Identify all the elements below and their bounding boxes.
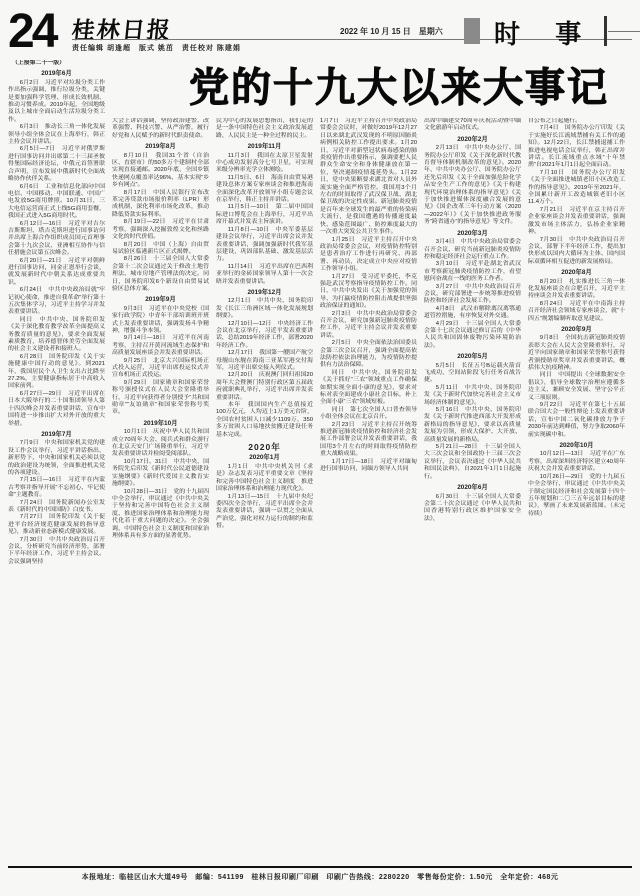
text-column-1: （上接第二十一版）2019年6月6月2日 习近平对垃圾分类工作作出指示强调，推行…: [8, 60, 105, 860]
article-paragraph: 3月27日 中共中央政治局召开会议，研究部署进一步统筹推进疫情防控和经济社会发展…: [424, 284, 521, 306]
newspaper-logo: 桂林日报: [70, 12, 173, 45]
article-paragraph: 12月20日 庆祝澳门回归祖国20周年大会暨澳门特别行政区第五届政府就职典礼举行…: [216, 372, 313, 402]
newspaper-page: 24 桂林日报 责任编辑 胡逢超 版式 姚茁 责任校对 陈建娟 2022 年 1…: [0, 0, 640, 896]
text-column-3: 民为中心的发展思想指出，我们走的是一条中国特色社会主义政治发展道路，人民民主是一…: [216, 118, 313, 860]
article-paragraph: 8月24日 习近平在中南海主持召开经济社会领域专家座谈会，就“十四五”规划编制听…: [528, 301, 625, 323]
article-paragraph: 同日 中共中央、国务院印发《关于深化教育教学改革全面提高义务教育质量的意见》，要…: [8, 317, 105, 354]
article-paragraph: 6月3日 推动长三角一体化发展领导小组全体会议在上海举行，韩正主持会议并讲话。: [8, 124, 105, 146]
article-paragraph: 3月10日 习近平赴湖北省武汉市考察新冠肺炎疫情防控工作，看望慰问奋战在一线的医…: [424, 261, 521, 283]
article-paragraph: 10月12日—13日 习近平在广东考察，出席深圳经济特区建立40周年庆祝大会并发…: [528, 451, 625, 473]
article-paragraph: 1月13日—15日 十九届中央纪委四次全会举行，习近平出席全会并发表重要讲话，强…: [216, 494, 313, 531]
article-paragraph: 本年 我国国内生产总值接近100万亿元，人均迈上1万美元台阶，全国农村贫困人口减…: [216, 402, 313, 439]
article-paragraph: 8月20日 中国（上海）自由贸易试验区临港新片区正式揭牌。: [112, 242, 209, 257]
article-paragraph: 7月30日 中共中央政治局召开会议，部署下半年经济工作，提出加快形成以国内大循环…: [528, 237, 625, 267]
article-paragraph: 9月8日 全国抗击新冠肺炎疫情表彰大会在人民大会堂隆重举行，习近平向国家勋章和国…: [528, 335, 625, 372]
article-paragraph: 3月4日 中共中央政治局常委会召开会议，研究当前新冠肺炎疫情防控和稳定经济社会运…: [424, 239, 521, 261]
main-headline: 党的十九大以来大事记: [166, 56, 632, 112]
article-paragraph: 8月17日 中国人民银行宣布改革完善贷款市场报价利率（LPR）形成机制，深化利率…: [112, 190, 209, 220]
article-paragraph: 2月3日 中共中央政治局常委会召开会议，研究加强新冠肺炎疫情防控工作，习近平主持…: [320, 311, 417, 341]
text-column-6: 自公布之日起施行。7月4日 国务院办公厅印发《关于实施好长江流域禁捕有关工作的通…: [528, 118, 625, 860]
section-header: 2020年: [216, 444, 313, 451]
article-paragraph: 同日 第七次全国人口普查领导小组全体会议在北京召开。: [320, 407, 417, 422]
text-column-2: 大会上讲话强调，坚持政治建警、改革强警、科技兴警、从严治警，履行好党和人民赋予的…: [112, 118, 209, 860]
section-divider-bar: [604, 16, 607, 46]
article-paragraph: 11月14日 习近平出席在巴西利亚举行的金砖国家领导人第十一次会晤并发表重要讲话…: [216, 264, 313, 286]
article-paragraph: 7月30日 中共中央政治局召开会议，分析研究当前经济形势，部署下半年经济工作，习…: [8, 537, 105, 567]
article-paragraph: 6月5日—7日 习近平对俄罗斯进行国事访问并出席第二十三届圣彼得堡国际经济论坛，…: [8, 146, 105, 183]
article-paragraph: 5月21日—28日 十三届全国人大三次会议和全国政协十三届三次会议举行，会议表决…: [424, 444, 521, 481]
article-paragraph: 1月17日—18日 习近平对缅甸进行国事访问，同缅方领导人共同: [320, 459, 417, 474]
section-header: 2020年1月: [216, 454, 313, 461]
article-paragraph: 7月9日 中央和国家机关党的建设工作会议举行，习近平讲话指出，新形势下，中央和国…: [8, 440, 105, 477]
text-column-4: 1月7日 习近平主持召开中央政治局常委会会议时，对做好2019年12月27日以来…: [320, 118, 417, 860]
footer-rule: [8, 866, 632, 868]
article-paragraph: 6月12日—16日 习近平对吉尔吉斯斯坦、塔吉克斯坦进行国事访问并出席上海合作组…: [8, 221, 105, 258]
section-header: 2020年10月: [528, 442, 625, 449]
article-paragraph: 1月25日 习近平主持召开中央政治局常委会会议，对疫情防控特别是患者治疗工作进行…: [320, 237, 417, 274]
article-paragraph: 6月20日—21日 习近平对朝鲜进行国事访问，同金正恩举行会谈，就发展新时代中朝…: [8, 258, 105, 288]
section-header: 2019年12月: [216, 289, 313, 296]
article-paragraph: 12月17日 我国第一艘国产航空母舰山东舰在海南三亚某军港交付海军，习近平出席交…: [216, 350, 313, 372]
article-paragraph: 6月6日 工业和信息化部向中国电信、中国移动、中国联通、中国广电发放5G商用牌照…: [8, 184, 105, 221]
article-paragraph: 2月5日 中央全面依法治国委员会第三次会议召开，强调全面提高依法防控依法治理能力…: [320, 340, 417, 370]
headline-text: 党的十九大以来大事记: [189, 56, 609, 113]
article-paragraph: 民为中心的发展思想指出，我们走的是一条中国特色社会主义政治发展道路，人民民主是一…: [216, 118, 313, 140]
article-paragraph: 8月10日 我国31个省（自治区、直辖市）的50多万个建制村全部实现直接通邮。2…: [112, 153, 209, 190]
section-header: 2020年8月: [528, 269, 625, 276]
article-paragraph: 7月10日 国务院办公厅印发《关于全面推进城镇老旧小区改造工作的指导意见》。20…: [528, 170, 625, 207]
article-paragraph: 9月29日 国家勋章和国家荣誉称号颁授仪式在人民大会堂隆重举行，习近平向获得者分…: [112, 380, 209, 417]
article-paragraph: 6月30日 十三届全国人大常委会第二十次会议通过《中华人民共和国香港特别行政区维…: [424, 494, 521, 524]
section-header: 2020年5月: [424, 353, 521, 360]
article-paragraph: 5月11日 中共中央、国务院印发《关于新时代加快完善社会主义市场经济体制的意见》…: [424, 385, 521, 407]
footer-info: 本报地址：临桂区山水大道49号 邮编：541199 桂林日报印刷厂印刷 印刷广告…: [8, 872, 632, 882]
section-header: 2020年9月: [528, 326, 625, 333]
article-paragraph: 9月3日 习近平在中央党校（国家行政学院）中青年干部培训班开班式上发表重要讲话，…: [112, 306, 209, 336]
section-header: 2020年2月: [424, 136, 521, 143]
section-header: 2020年3月: [424, 230, 521, 237]
section-title: 时 事: [494, 14, 595, 51]
article-paragraph: （上接第二十一版）: [8, 60, 105, 67]
article-paragraph: 8月20日 扎实推进长三角一体化发展座谈会在合肥召开，习近平主持座谈会并发表重要…: [528, 279, 625, 301]
article-paragraph: 9月22日 习近平在第七十五届联合国大会一般性辩论上发表重要讲话，宣布中国二氧化…: [528, 402, 625, 439]
article-paragraph: 12月1日 中共中央、国务院印发《长江三角洲区域一体化发展规划纲要》。: [216, 298, 313, 320]
article-paragraph: 11月5日、6日 海南自由贸易港建设总体方案专家座谈会和推进海南全面深化改革开放…: [216, 175, 313, 205]
article-paragraph: 2月23日 习近平主持召开统筹推进新冠肺炎疫情防控和经济社会发展工作部署会议并发…: [320, 422, 417, 459]
article-paragraph: 6月28日 国务院印发《关于实施健康中国行动的意见》。到2021年，我国居民个人…: [8, 354, 105, 391]
article-paragraph: 出席中缅建交70周年庆祝活动暨中缅文化旅游年启动仪式。: [424, 118, 521, 133]
article-paragraph: 7月15日—16日 习近平在内蒙古考察并指导开展“不忘初心、牢记使命”主题教育。: [8, 477, 105, 499]
article-paragraph: 6月2日 习近平对垃圾分类工作作出指示强调，推行垃圾分类，关键是要加强科学管理、…: [8, 80, 105, 124]
article-paragraph: 同日 中共中央、国务院印发《关于抓好“三农”领域重点工作确保如期实现全面小康的意…: [320, 370, 417, 407]
article-paragraph: 大会上讲话强调，坚持政治建警、改革强警、科技兴警、从严治警，履行好党和人民赋予的…: [112, 118, 209, 140]
section-header: 2020年6月: [424, 484, 521, 491]
article-paragraph: 12月10日—12日 中央经济工作会议在北京举行，习近平发表重要讲话，总结201…: [216, 321, 313, 351]
article-paragraph: 10月28日—31日 党的十九届四中全会举行，审议通过《中共中央关于坚持和完善中…: [112, 489, 209, 541]
article-paragraph: 同日 中国提出《全球数据安全倡议》，倡导全球数字治理应遵循多边主义、兼顾安全发展…: [528, 372, 625, 402]
date-line: 2022 年 10 月 15 日 星期六: [340, 26, 443, 37]
section-marker-box: [464, 18, 480, 44]
article-paragraph: 5月5日 长征五号B运载火箭首飞成功，空间站阶段飞行任务首战告捷。: [424, 363, 521, 385]
section-header: 2019年10月: [112, 420, 209, 427]
article-paragraph: 11月5日—10日 第二届中国国际进口博览会在上海举行，习近平出席开幕式并发表主…: [216, 204, 313, 226]
article-paragraph: 8月26日 十三届全国人大常委会第十二次会议通过关于修改土地管理法、城市房地产管…: [112, 256, 209, 293]
article-paragraph: 9月14日—18日 习近平在河南考察，主持召开黄河流域生态保护和高质量发展座谈会…: [112, 335, 209, 357]
article-paragraph: 8月19日—22日 习近平在甘肃考察，强调深入挖掘敦煌文化和丝路文化的时代价值。: [112, 219, 209, 241]
article-paragraph: 7月21日 习近平在京主持召开企业家座谈会并发表重要讲话，强调激发市场主体活力，…: [528, 207, 625, 237]
article-paragraph: 2月13日 中共中央办公厅、国务院办公厅印发《关于深化新时代教育督导体制机制改革…: [424, 145, 521, 226]
section-header: 2019年9月: [112, 296, 209, 303]
page-number: 24: [8, 12, 55, 52]
text-column-5: 出席中缅建交70周年庆祝活动暨中缅文化旅游年启动仪式。2020年2月2月13日 …: [424, 118, 521, 860]
article-paragraph: 11月8日—10日 中央军委基层建设会议举行，习近平出席会议并发表重要讲话，强调…: [216, 227, 313, 264]
article-paragraph: 9月25日 北京大兴国际机场正式投入运营，习近平出席投运仪式并宣布机场正式投运。: [112, 358, 209, 380]
article-paragraph: 10月17日、31日 中共中央、国务院先后印发《新时代公民道德建设实施纲要》《新…: [112, 459, 209, 489]
section-header: 2019年6月: [8, 70, 105, 77]
article-paragraph: 6月27日—29日 习近平出席在日本大阪举行的二十国集团领导人第十四次峰会并发表…: [8, 391, 105, 428]
article-paragraph: 6月24日 中共中央政治局就“牢记初心使命，推进自我革命”举行第十五次集体学习，…: [8, 287, 105, 317]
editors-line: 责任编辑 胡逢超 版式 姚茁 责任校对 陈建娟: [72, 43, 241, 53]
article-paragraph: 7月27日 国务院印发《关于促进平台经济规范健康发展的指导意见》，推动新业态新模…: [8, 514, 105, 536]
section-header: 2019年7月: [8, 431, 105, 438]
section-rule: [608, 31, 640, 32]
article-paragraph: 1月27日 受习近平委托，李克强赴武汉考察指导疫情防控工作。同日，中共中央发出《…: [320, 274, 417, 311]
masthead: 24 桂林日报 责任编辑 胡逢超 版式 姚茁 责任校对 陈建娟 2022 年 1…: [8, 10, 632, 56]
article-paragraph: 10月26日—29日 党的十九届五中全会举行，审议通过《中共中央关于制定国民经济…: [528, 474, 625, 518]
article-paragraph: 11月3日 我国在太原卫星发射中心成功发射高分七号卫星，可实现米级分辨率光学立体…: [216, 153, 313, 175]
article-paragraph: 10月1日 庆祝中华人民共和国成立70周年大会、阅兵式和群众游行在北京天安门广场…: [112, 429, 209, 459]
section-header: 2019年8月: [112, 143, 209, 150]
article-paragraph: 4月8日 武汉市解除离汉离鄂通道管控措施，有序恢复对外交通。: [424, 306, 521, 321]
section-header: 2019年11月: [216, 143, 313, 150]
article-paragraph: 7月4日 国务院办公厅印发《关于实施好长江流域禁捕有关工作的通知》。12月22日…: [528, 125, 625, 169]
article-paragraph: 4月29日 十三届全国人大常委会第十七次会议通过修订后的《中华人民共和国固体废物…: [424, 321, 521, 351]
article-paragraph: 1月7日 习近平主持召开中央政治局常委会会议时，对做好2019年12月27日以来…: [320, 118, 417, 237]
article-paragraph: 7月24日 国务院新闻办公室发表《新时代的中国国防》白皮书。: [8, 500, 105, 515]
article-paragraph: 5月16日 中共中央、国务院印发《关于新时代推进西部大开发形成新格局的指导意见》…: [424, 407, 521, 444]
article-paragraph: 1月1日 中共中央机关刊《求是》杂志发表习近平重要文章《坚持和完善中国特色社会主…: [216, 464, 313, 494]
